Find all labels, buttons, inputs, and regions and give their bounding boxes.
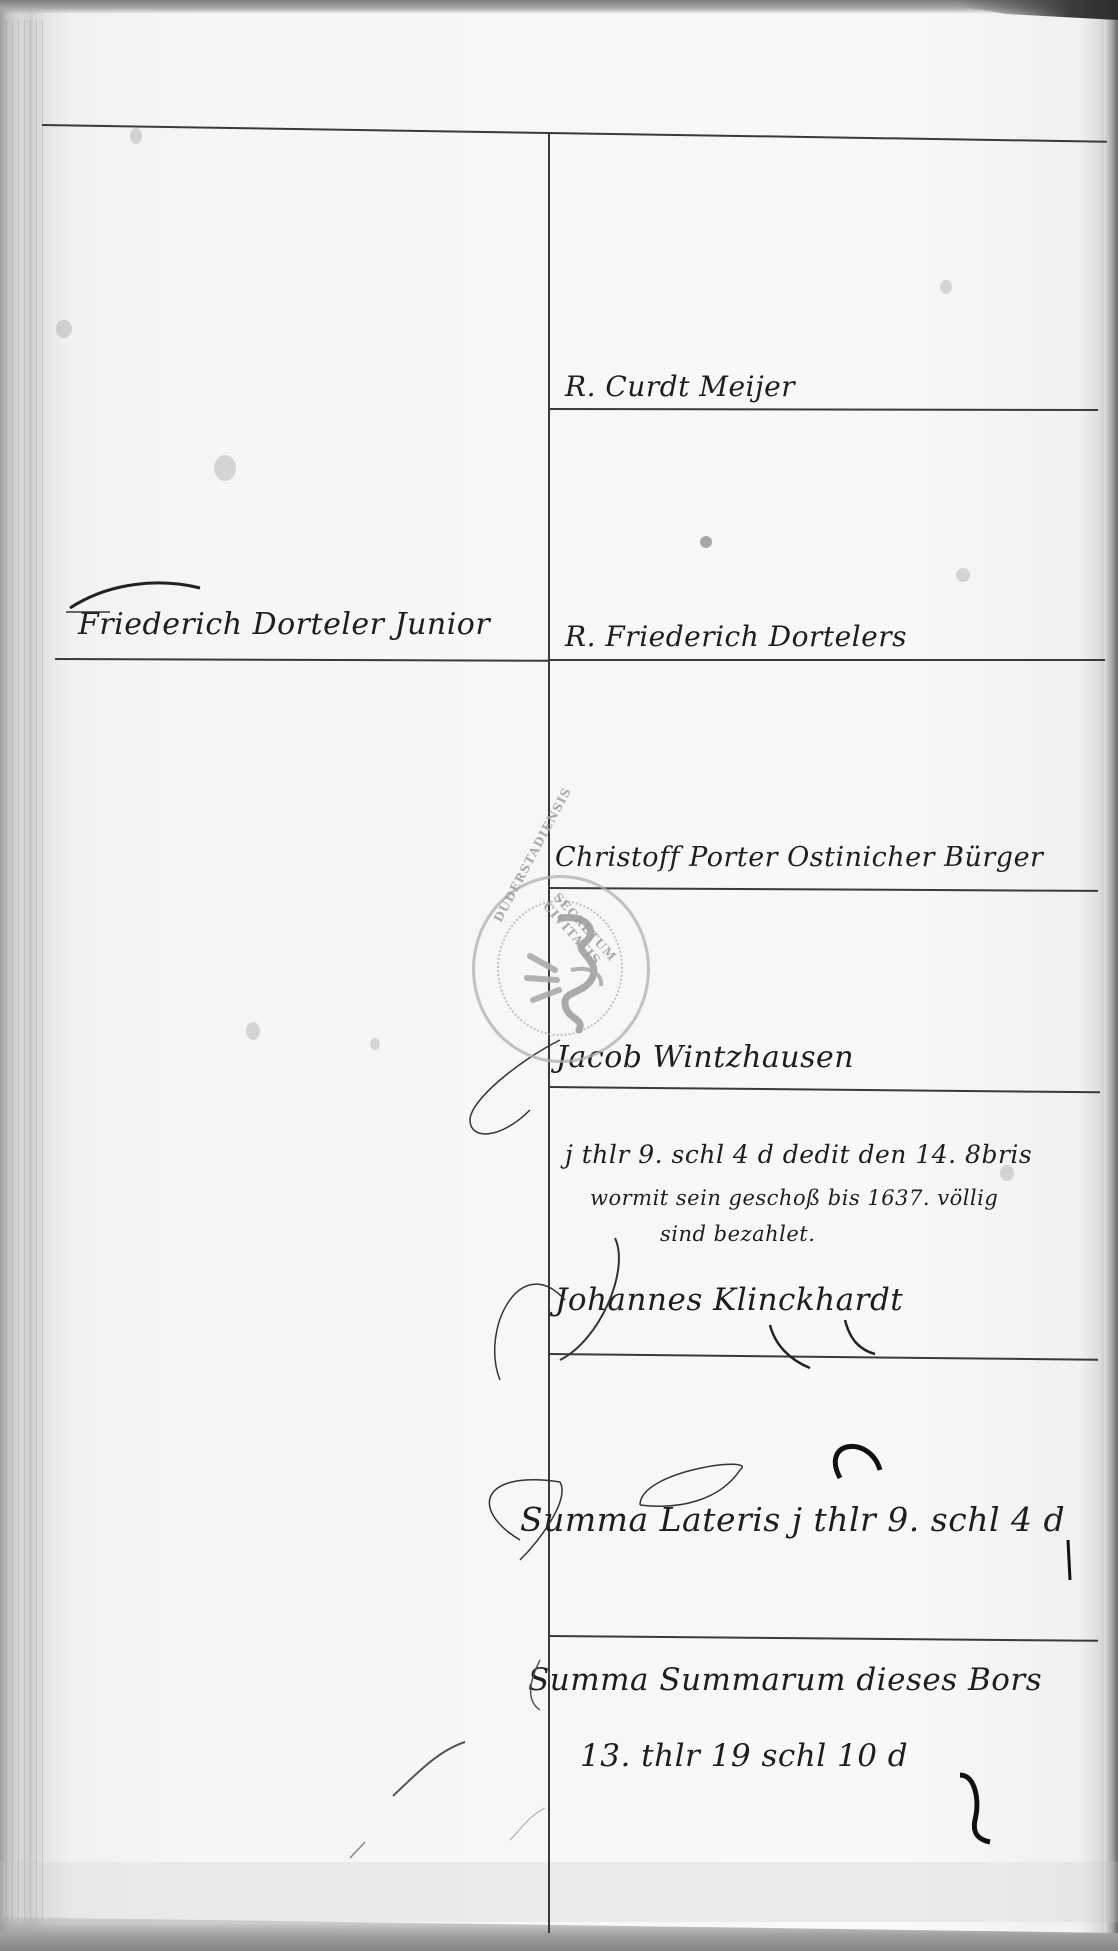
lion-rampant-icon	[475, 878, 647, 1060]
manuscript-page: Friederich Dorteler Junior R. Curdt Meij…	[0, 0, 1118, 1951]
town-seal: DUDERSTADIENSIS SECRETUM CIVITATIS	[472, 875, 650, 1063]
